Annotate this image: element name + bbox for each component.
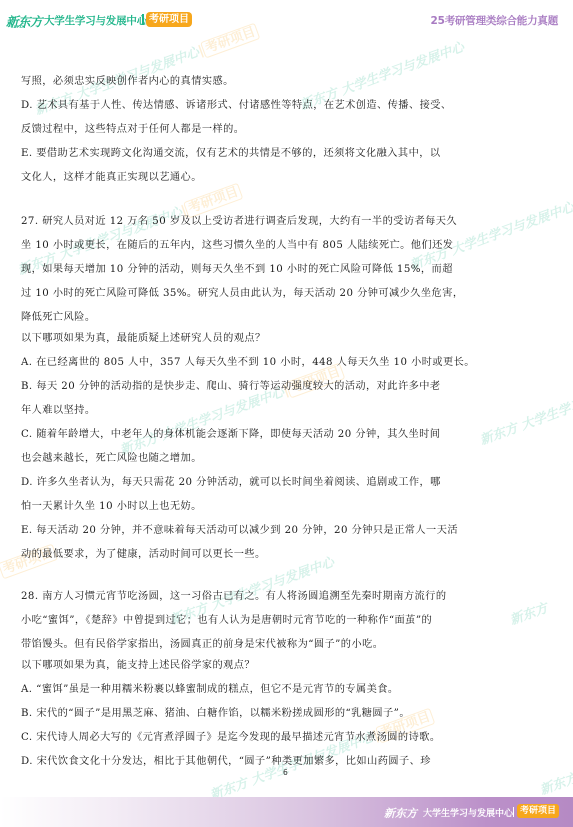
page-number: 6 [283,768,288,777]
option-c: C. 随着年龄增大，中老年人的身体机能会逐渐下降，即使每天活动 20 分钟，其久… [21,425,440,440]
watermark: 新东方 [537,767,573,798]
question-prompt: 以下哪项如果为真，能支持上述民俗学家的观点？ [21,656,255,671]
option-b: B. 每天 20 分钟的活动指的是快步走、爬山、骑行等运动强度较大的活动，对此许… [21,377,441,392]
option-a: A. 在已经离世的 805 人中，357 人每天久坐不到 10 小时，448 人… [21,353,475,368]
text-line: 年人难以坚持。 [21,401,95,416]
center-name: 大学生学习与发展中心 [423,806,513,819]
header-divider [142,14,144,25]
text-line: 现，如果每天增加 10 分钟的活动，则每天久坐不到 10 小时的死亡风险可降低 … [21,260,453,275]
option-b: B. 宋代的“圆子”是用黑芝麻、猪油、白糖作馅，以糯米粉搓成圆形的“乳糖圆子”。 [21,704,410,719]
page-header: 新东方 XDF.CN 大学生学习与发展中心 考研项目 25考研管理类综合能力真题 [0,0,573,40]
option-d: D. 许多久坐者认为，每天只需花 20 分钟活动，就可以长时间坐着阅读、追剧或工… [21,473,441,488]
xdf-logo-domain: XDF.CN [11,25,25,29]
center-name: 大学生学习与发展中心 [44,13,147,28]
document-title: 25考研管理类综合能力真题 [430,13,558,28]
text-line: 降低死亡风险。 [21,308,95,323]
question-27: 27. 研究人员对近 12 万名 50 岁及以上受访者进行调查后发现，大约有一半… [21,212,457,227]
text-line: 文化人，这样才能真正实现以艺通心。 [21,168,202,183]
text-line: 过 10 小时的死亡风险可降低 35%。研究人员由此认为，每天活动 20 分钟可… [21,284,463,299]
text-line: 带馅馒头。但有民俗学家指出，汤圆真正的前身是宋代被称为“圆子”的小吃。 [21,635,383,650]
project-tag: 考研项目 [517,804,559,818]
text-line: 小吃“蜜饵”，《楚辞》中曾提到过它；也有人认为是唐朝时元宵节吃的一种称作“面茧”… [21,611,432,626]
option-a: A. “蜜饵”虽是一种用糯米粉裹以蜂蜜制成的糕点，但它不是元宵节的专属美食。 [21,680,399,695]
question-prompt: 以下哪项如果为真，最能质疑上述研究人员的观点？ [21,329,266,344]
project-tag: 考研项目 [146,12,192,27]
text-line: 动的最低要求，为了健康，活动时间可以更长一些。 [21,545,266,560]
page-footer: 新东方 大学生学习与发展中心 考研项目 [0,797,573,827]
option-d: D. 宋代饮食文化十分发达，相比于其他朝代，“圆子”种类更加繁多，比如山药圆子、… [21,752,431,767]
watermark: 新东方 [507,597,550,628]
question-28: 28. 南方人习惯元宵节吃汤圆，这一习俗古已有之。有人将汤圆追溯至先秦时期南方流… [21,587,446,602]
option-d: D. 艺术具有基于人性、传达情感、诉诸形式、付诸感性等特点，在艺术创造、传播、接… [21,96,452,111]
option-e: E. 要借助艺术实现跨文化沟通交流，仅有艺术的共情是不够的，还须将文化融入其中，… [21,144,440,159]
footer-divider [513,807,514,817]
text-line: 也会越来越长，死亡风险也随之增加。 [21,449,202,464]
watermark: 新东方 大学生学习与发展中心|考研项目 [117,360,346,459]
option-e: E. 每天活动 20 分钟，并不意味着每天活动可以减少到 20 分钟，20 分钟… [21,521,458,536]
text-line: 反馈过程中，这些特点对于任何人都是一样的。 [21,120,244,135]
text-line: 怕一天累计久坐 10 小时以上也无妨。 [21,497,202,512]
text-line: 坐 10 小时或更长，在随后的五年内，这些习惯久坐的人当中有 805 人陆续死亡… [21,236,453,251]
xdf-logo: 新东方 [384,805,417,821]
option-c: C. 宋代诗人周必大写的《元宵煮浮圆子》是迄今发现的最早描述元宵节水煮汤圆的诗歌… [21,728,440,743]
text-line: 写照，必须忠实反映创作者内心的真情实感。 [21,72,234,87]
watermark: 新东方 大学生学习与发展中心 [477,371,573,448]
